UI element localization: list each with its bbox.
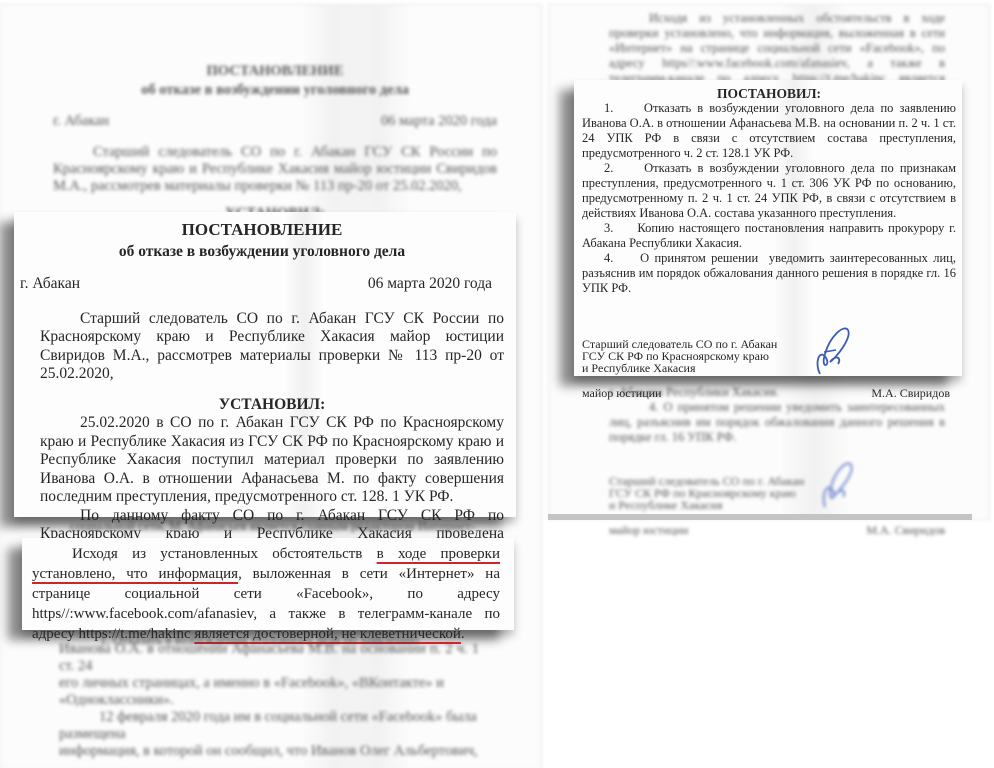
right-bg-rank: майор юстиции [609, 523, 688, 538]
resolution-item-1: 1. Отказать в возбуждении уголовного дел… [582, 101, 956, 161]
resolution-item-3: 3. Копию настоящего постановления направ… [582, 221, 956, 251]
signatory-rank: майор юстиции [582, 386, 661, 401]
bg-city: г. Абакан [53, 113, 109, 130]
signatory-line: и Республике Хакасия [582, 362, 956, 374]
bg-lower-line: информация, в которой он сообщил, что Ив… [59, 743, 479, 760]
right-page-scrollbar[interactable] [548, 514, 972, 520]
right-bg-item-4: 4. О принятом решении уведомить заинтере… [609, 400, 945, 445]
highlight-peek-line: 1. Отказать в возбуждении уголовного дел… [100, 632, 480, 648]
signature-icon [817, 457, 857, 513]
document-excerpt-card-highlight: Исходя из установленных обстоятельств в … [22, 538, 514, 630]
bg-intro: Старший следователь СО по г. Абакан ГСУ … [53, 144, 497, 195]
signature-icon [810, 322, 856, 378]
bg-date: 06 марта 2020 года [381, 113, 497, 130]
card-peek-line: социальной сети, М. Афанасьев является г… [70, 518, 490, 534]
resolution-item-2: 2. Отказать в возбуждении уголовного дел… [582, 161, 956, 221]
signatory-name: М.А. Свиридов [871, 386, 950, 401]
resolution-item-4: 4. О принятом решении уведомить заинтере… [582, 251, 956, 296]
right-bg-name: М.А. Свиридов [866, 523, 945, 538]
document-excerpt-card-main: ПОСТАНОВЛЕНИЕ об отказе в возбуждении уг… [14, 212, 516, 517]
bg-title: ПОСТАНОВЛЕНИЕ [53, 63, 497, 80]
card-city: г. Абакан [20, 275, 80, 294]
bg-subtitle: об отказе в возбуждении уголовного дела [53, 82, 497, 99]
bg-lower-line: «Одноклассники». [59, 692, 479, 709]
card-title: ПОСТАНОВЛЕНИЕ [20, 221, 504, 240]
card-date: 06 марта 2020 года [368, 275, 492, 294]
right-bg-sig-line: и Республике Хакасия [609, 499, 945, 511]
card-para-1: 25.02.2020 в СО по г. Абакан ГСУ СК РФ п… [40, 414, 504, 507]
highlight-text-part-1: Исходя из установленных обстоятельств [72, 546, 377, 562]
bg-lower-line: 12 февраля 2020 года им в социальной сет… [59, 709, 479, 743]
resolution-heading: ПОСТАНОВИЛ: [582, 86, 956, 101]
card-established-heading: УСТАНОВИЛ: [40, 396, 504, 415]
card-subtitle: об отказе в возбуждении уголовного дела [20, 243, 504, 262]
card-intro: Старший следователь СО по г. Абакан ГСУ … [40, 310, 504, 384]
bg-lower-line: его личных страницах, а именно в «Facebo… [59, 675, 479, 692]
resolution-card: ПОСТАНОВИЛ: 1. Отказать в возбуждении уг… [574, 80, 962, 376]
